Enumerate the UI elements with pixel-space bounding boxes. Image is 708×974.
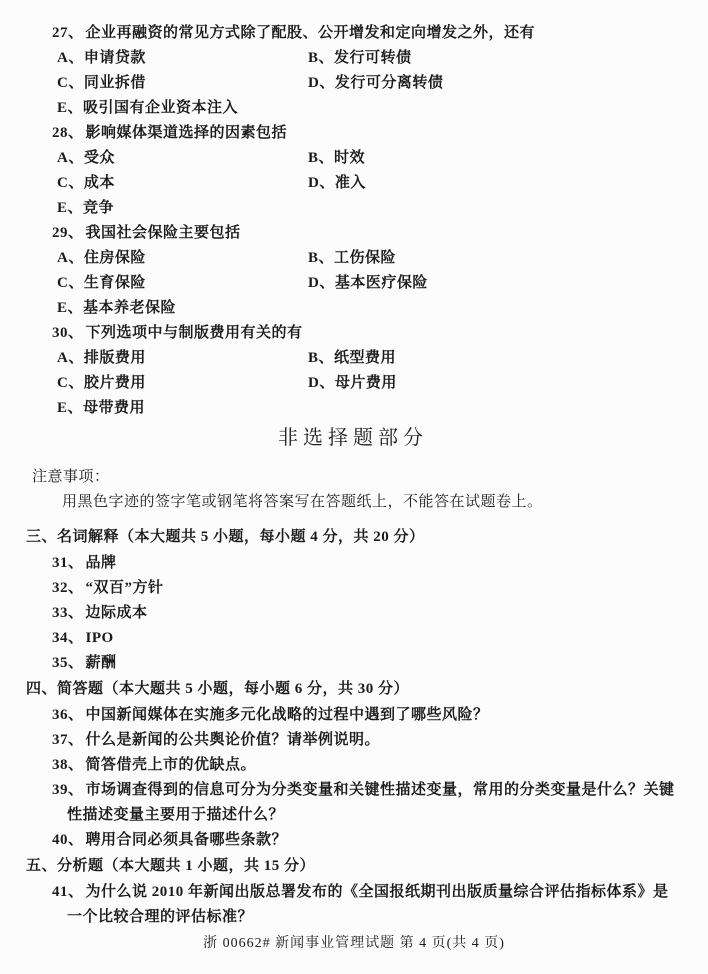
option-28-a: A、受众 bbox=[57, 150, 115, 166]
option-27-c: C、同业拆借 bbox=[57, 75, 146, 91]
question-text: 简答借壳上市的优缺点。 bbox=[86, 757, 257, 773]
options-row: A、住房保险B、工伤保险 bbox=[26, 246, 680, 271]
notice-block: 注意事项： 用黑色字迹的签字笔或钢笔将答案写在答题纸上，不能答在试题卷上。 bbox=[26, 465, 680, 515]
question-32: 32、“双百”方针 bbox=[26, 576, 680, 601]
section-5-heading: 五、分析题（本大题共 1 小题，共 15 分） bbox=[26, 854, 680, 879]
option-29-c: C、生育保险 bbox=[57, 275, 146, 291]
part-header: 非选择题部分 bbox=[26, 425, 680, 451]
question-number: 38、 bbox=[52, 757, 86, 773]
option-29-b: B、工伤保险 bbox=[308, 246, 396, 271]
notice-title: 注意事项： bbox=[26, 465, 680, 490]
question-28: 28、影响媒体渠道选择的因素包括 A、受众B、时效 C、成本D、准入 E、竞争 bbox=[26, 121, 680, 221]
options-row: E、母带费用 bbox=[26, 396, 680, 421]
section-3-heading: 三、名词解释（本大题共 5 小题，每小题 4 分，共 20 分） bbox=[26, 525, 680, 550]
question-30: 30、下列选项中与制版费用有关的有 A、排版费用B、纸型费用 C、胶片费用D、母… bbox=[26, 321, 680, 421]
options-row: A、排版费用B、纸型费用 bbox=[26, 346, 680, 371]
question-number: 33、 bbox=[52, 605, 86, 621]
question-27-stem: 27、企业再融资的常见方式除了配股、公开增发和定向增发之外，还有 bbox=[26, 21, 680, 46]
question-number: 27、 bbox=[52, 25, 86, 41]
option-29-a: A、住房保险 bbox=[57, 250, 146, 266]
exam-paper-page: 27、企业再融资的常见方式除了配股、公开增发和定向增发之外，还有 A、申请贷款B… bbox=[0, 0, 708, 974]
question-number: 39、 bbox=[52, 782, 86, 798]
option-27-e: E、吸引国有企业资本注入 bbox=[57, 100, 238, 116]
question-number: 28、 bbox=[52, 125, 86, 141]
question-text: 影响媒体渠道选择的因素包括 bbox=[86, 125, 288, 141]
question-number: 32、 bbox=[52, 580, 86, 596]
page-content: 27、企业再融资的常见方式除了配股、公开增发和定向增发之外，还有 A、申请贷款B… bbox=[0, 0, 708, 930]
options-row: E、基本养老保险 bbox=[26, 296, 680, 321]
question-number: 30、 bbox=[52, 325, 86, 341]
option-29-e: E、基本养老保险 bbox=[57, 300, 176, 316]
question-text: 薪酬 bbox=[86, 655, 117, 671]
question-30-stem: 30、下列选项中与制版费用有关的有 bbox=[26, 321, 680, 346]
option-29-d: D、基本医疗保险 bbox=[308, 271, 428, 296]
question-number: 29、 bbox=[52, 225, 86, 241]
options-row: E、竞争 bbox=[26, 196, 680, 221]
question-number: 35、 bbox=[52, 655, 86, 671]
question-text: 品牌 bbox=[86, 555, 117, 571]
question-text: 聘用合同必须具备哪些条款？ bbox=[86, 832, 288, 848]
question-text: 为什么说 2010 年新闻出版总署发布的《全国报纸期刊出版质量综合评估指标体系》… bbox=[67, 884, 669, 925]
option-28-e: E、竞争 bbox=[57, 200, 114, 216]
options-row: A、申请贷款B、发行可转债 bbox=[26, 46, 680, 71]
option-27-b: B、发行可转债 bbox=[308, 46, 412, 71]
page-footer: 浙 00662# 新闻事业管理试题 第 4 页(共 4 页) bbox=[0, 932, 708, 952]
question-31: 31、品牌 bbox=[26, 551, 680, 576]
question-number: 31、 bbox=[52, 555, 86, 571]
question-number: 40、 bbox=[52, 832, 86, 848]
question-number: 34、 bbox=[52, 630, 86, 646]
question-34: 34、IPO bbox=[26, 626, 680, 651]
question-text: 边际成本 bbox=[86, 605, 148, 621]
question-41: 41、为什么说 2010 年新闻出版总署发布的《全国报纸期刊出版质量综合评估指标… bbox=[26, 880, 680, 930]
question-number: 37、 bbox=[52, 732, 86, 748]
options-row: C、同业拆借D、发行可分离转债 bbox=[26, 71, 680, 96]
option-27-a: A、申请贷款 bbox=[57, 50, 146, 66]
question-39: 39、市场调查得到的信息可分为分类变量和关键性描述变量，常用的分类变量是什么？关… bbox=[26, 778, 680, 828]
option-30-b: B、纸型费用 bbox=[308, 346, 396, 371]
option-30-e: E、母带费用 bbox=[57, 400, 145, 416]
question-35: 35、薪酬 bbox=[26, 651, 680, 676]
option-30-c: C、胶片费用 bbox=[57, 375, 146, 391]
question-40: 40、聘用合同必须具备哪些条款？ bbox=[26, 828, 680, 853]
option-27-d: D、发行可分离转债 bbox=[308, 71, 443, 96]
option-28-d: D、准入 bbox=[308, 171, 366, 196]
question-text: 企业再融资的常见方式除了配股、公开增发和定向增发之外，还有 bbox=[86, 25, 536, 41]
option-30-a: A、排版费用 bbox=[57, 350, 146, 366]
question-text: 下列选项中与制版费用有关的有 bbox=[86, 325, 303, 341]
question-36: 36、中国新闻媒体在实施多元化战略的过程中遇到了哪些风险？ bbox=[26, 703, 680, 728]
options-row: A、受众B、时效 bbox=[26, 146, 680, 171]
question-29: 29、我国社会保险主要包括 A、住房保险B、工伤保险 C、生育保险D、基本医疗保… bbox=[26, 221, 680, 321]
question-28-stem: 28、影响媒体渠道选择的因素包括 bbox=[26, 121, 680, 146]
option-28-b: B、时效 bbox=[308, 146, 365, 171]
notice-body: 用黑色字迹的签字笔或钢笔将答案写在答题纸上，不能答在试题卷上。 bbox=[26, 490, 680, 515]
question-text: 中国新闻媒体在实施多元化战略的过程中遇到了哪些风险？ bbox=[86, 707, 489, 723]
options-row: C、胶片费用D、母片费用 bbox=[26, 371, 680, 396]
question-27: 27、企业再融资的常见方式除了配股、公开增发和定向增发之外，还有 A、申请贷款B… bbox=[26, 21, 680, 121]
option-30-d: D、母片费用 bbox=[308, 371, 397, 396]
question-text: “双百”方针 bbox=[86, 580, 164, 596]
question-33: 33、边际成本 bbox=[26, 601, 680, 626]
question-text: 我国社会保险主要包括 bbox=[86, 225, 241, 241]
question-29-stem: 29、我国社会保险主要包括 bbox=[26, 221, 680, 246]
question-37: 37、什么是新闻的公共舆论价值？请举例说明。 bbox=[26, 728, 680, 753]
options-row: C、生育保险D、基本医疗保险 bbox=[26, 271, 680, 296]
option-28-c: C、成本 bbox=[57, 175, 115, 191]
question-number: 41、 bbox=[52, 884, 86, 900]
question-text: 什么是新闻的公共舆论价值？请举例说明。 bbox=[86, 732, 381, 748]
question-text: IPO bbox=[86, 630, 114, 646]
question-text: 市场调查得到的信息可分为分类变量和关键性描述变量，常用的分类变量是什么？关键性描… bbox=[67, 782, 675, 823]
section-4-heading: 四、简答题（本大题共 5 小题，每小题 6 分，共 30 分） bbox=[26, 677, 680, 702]
question-38: 38、简答借壳上市的优缺点。 bbox=[26, 753, 680, 778]
options-row: E、吸引国有企业资本注入 bbox=[26, 96, 680, 121]
options-row: C、成本D、准入 bbox=[26, 171, 680, 196]
question-number: 36、 bbox=[52, 707, 86, 723]
